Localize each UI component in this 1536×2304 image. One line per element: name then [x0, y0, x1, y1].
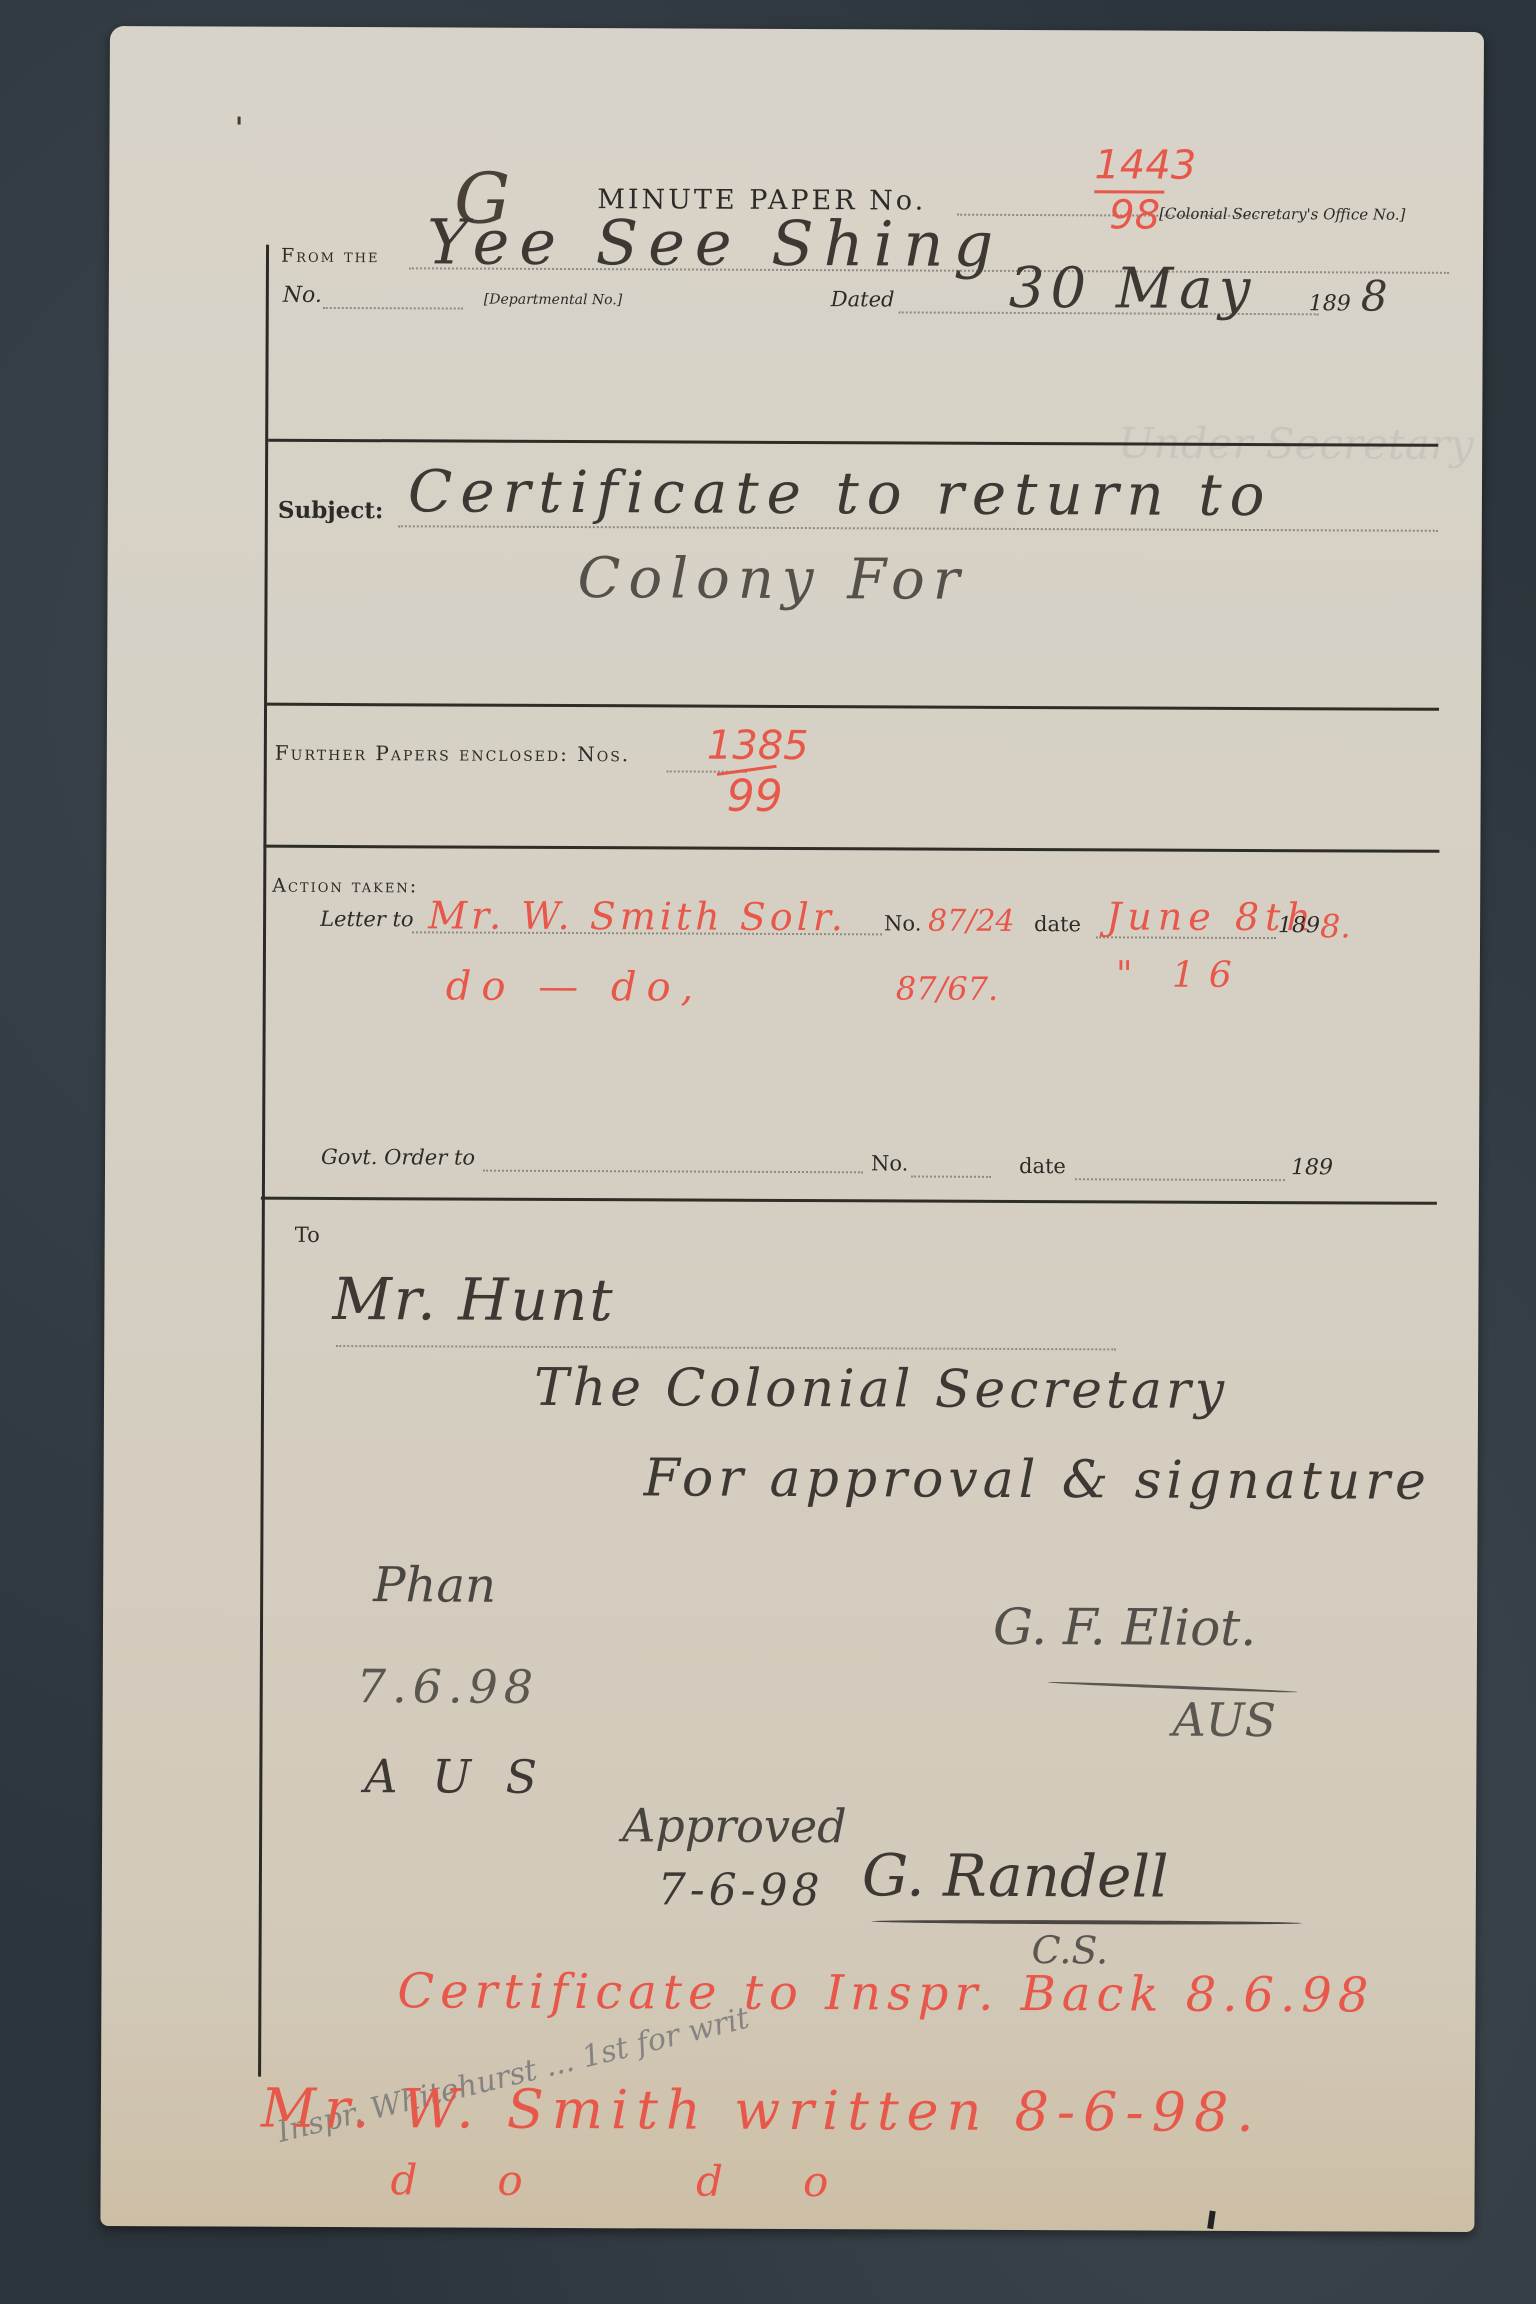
subject-line-1: Certificate to return to: [408, 457, 1273, 529]
year-suffix: 8: [1361, 271, 1388, 320]
aus-initials: A U S: [364, 1749, 547, 1804]
letter2-recipient: do — do,: [446, 963, 704, 1010]
red-note-smith: Mr. W. Smith written 8-6-98.: [261, 2077, 1262, 2144]
from-label: From the: [281, 245, 380, 267]
action-rule: [261, 1197, 1437, 1205]
phan-initials: Phan: [373, 1557, 496, 1614]
letter-to-label: Letter to: [320, 907, 414, 931]
further-papers-bottom: 99: [727, 771, 783, 822]
letter2-date: " 16: [1116, 954, 1246, 996]
minute-number-top: 1443: [1094, 142, 1196, 188]
govt-order-label: Govt. Order to: [321, 1145, 475, 1170]
eliot-signature: G. F. Eliot.: [993, 1598, 1256, 1657]
dated-label: Dated: [831, 287, 895, 311]
randell-signature: G. Randell: [862, 1841, 1169, 1910]
to-value: Mr. Hunt: [332, 1265, 615, 1334]
letter1-recipient: Mr. W. Smith Solr.: [428, 893, 847, 939]
minute-paper-sheet: Under Secretary G MINUTE PAPER No. 1443 …: [100, 26, 1484, 2232]
to-line: [336, 1345, 1116, 1350]
red-note-certificate: Certificate to Inspr. Back 8.6.98: [397, 1963, 1374, 2023]
govt-no-line: [911, 1176, 991, 1178]
letter2-number: 87/67.: [896, 969, 999, 1007]
govt-date-label: date: [1019, 1154, 1066, 1178]
letter-date-label: date: [1034, 912, 1081, 936]
action-taken-label: Action taken:: [272, 875, 418, 898]
govt-no-label: No.: [871, 1151, 908, 1175]
further-papers-top: 1385: [707, 723, 809, 769]
approved-label: Approved: [622, 1798, 847, 1853]
govt-year: 189: [1291, 1155, 1333, 1180]
letter1-year-suffix: 8.: [1320, 907, 1351, 945]
further-papers-rule: [263, 845, 1439, 853]
letter1-number: 87/24: [928, 904, 1015, 939]
govt-order-line: [483, 1170, 863, 1174]
subject-label: Subject:: [278, 497, 384, 524]
colonial-office-note: [Colonial Secretary's Office No.]: [1159, 205, 1405, 224]
eliot-title: AUS: [1173, 1693, 1277, 1747]
to-label: To: [295, 1223, 320, 1247]
letter-no-label: No.: [884, 911, 921, 935]
year-prefix: 189: [1309, 291, 1351, 316]
ink-speck-bottom: [1207, 2210, 1216, 2229]
red-note-ditto: do do: [390, 2155, 908, 2206]
no-label: No.: [283, 283, 322, 308]
letter-year-prefix: 189: [1278, 913, 1320, 938]
minute-line-2: For approval & signature: [644, 1448, 1431, 1511]
randell-underline: [872, 1919, 1302, 1925]
dept-no-line: [323, 307, 463, 310]
subject-line-2: Colony For: [577, 546, 967, 613]
dept-note: [Departmental No.]: [484, 292, 622, 309]
govt-date-line: [1075, 1178, 1285, 1181]
minute-number-bottom: 98: [1109, 192, 1160, 238]
phan-date: 7.6.98: [357, 1659, 540, 1714]
minute-line-1: The Colonial Secretary: [534, 1358, 1228, 1421]
approved-date: 7-6-98: [658, 1864, 824, 1916]
dated-value: 30 May: [1009, 256, 1257, 322]
further-papers-label: Further Papers enclosed: Nos.: [275, 741, 630, 767]
from-value: Yee See Shing: [427, 205, 1003, 281]
margin-rule: [258, 245, 269, 2077]
ink-speck: [238, 117, 241, 125]
subject-rule: [265, 703, 1439, 711]
eliot-underline: [1048, 1681, 1298, 1694]
